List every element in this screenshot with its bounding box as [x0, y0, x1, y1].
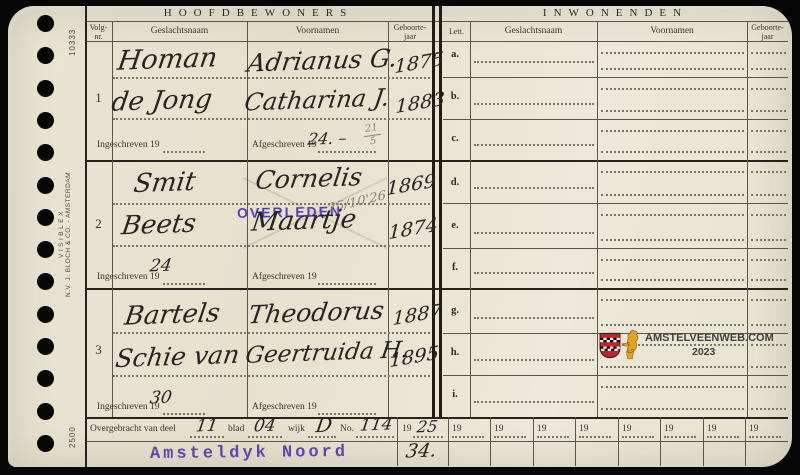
grid-line [443, 375, 788, 376]
grid-line [85, 41, 788, 42]
empty-year-cell-2: 19 [494, 424, 504, 434]
punch-hole [37, 338, 54, 355]
dotted-rule [601, 366, 744, 368]
dotted-rule [601, 214, 744, 216]
dotted-rule [113, 332, 430, 334]
watermark: AMSTELVEENWEB.COM 2023 [597, 327, 757, 365]
col-header-volgnr-line2: nr. [94, 32, 102, 41]
grid-line [85, 288, 788, 290]
dotted-rule [751, 259, 786, 261]
punch-hole [37, 209, 54, 226]
blad-value: 04 [253, 418, 277, 436]
dotted-rule [579, 436, 611, 438]
dotted-rule [664, 436, 696, 438]
grid-line [490, 417, 491, 466]
col-header-geslachtsnaam-right: Geslachtsnaam [470, 26, 597, 36]
stock-number-bottom: 2500 [68, 406, 77, 448]
section-title-inwonenden: INWONENDEN [443, 7, 788, 19]
entry1-person2-surname: de Jong [110, 86, 214, 115]
inwonenden-row-letter-b: b. [445, 91, 465, 102]
grid-line [618, 417, 619, 466]
empty-year-cell-1: 19 [452, 424, 462, 434]
entry1-volgnr: 1 [85, 90, 112, 106]
empty-year-cell-5: 19 [622, 424, 632, 434]
entry2-ingeschreven-label: Ingeschreven 19 [97, 272, 160, 282]
year-cell-prefix: 19 [402, 424, 412, 434]
empty-year-cell-8: 19 [749, 424, 759, 434]
dotted-rule [751, 52, 786, 54]
register-card-scan: 10333 VISIBLEX N.V. J. BLOCH & CO. - AMS… [0, 0, 800, 475]
dotted-rule [601, 299, 744, 301]
dotted-rule [751, 151, 786, 153]
grid-line [112, 21, 113, 417]
dotted-rule [601, 239, 744, 241]
grid-line [703, 417, 704, 466]
inwonenden-row-letter-g: g. [445, 305, 465, 316]
dotted-rule [751, 366, 786, 368]
fraction-denominator: 5 [364, 135, 382, 148]
dotted-rule [751, 299, 786, 301]
punch-hole [37, 241, 54, 258]
dotted-rule [749, 436, 781, 438]
year-cell-value: 25 [416, 419, 439, 436]
col-header-voornamen-right: Voornamen [597, 26, 747, 36]
overgebracht-deel-value: 11 [195, 418, 219, 436]
dotted-rule [163, 283, 205, 285]
section-title-hoofdbewoners: HOOFDBEWONERS [85, 7, 432, 19]
entry2-person1-firstnames: Cornelis [254, 164, 364, 193]
col-header-volgnr-line1: Volg- [90, 23, 108, 32]
entry2-person2-surname: Beets [120, 211, 198, 240]
punch-hole [37, 435, 54, 452]
entry2-volgnr: 2 [85, 216, 112, 232]
empty-year-cell-3: 19 [537, 424, 547, 434]
dotted-rule [318, 151, 376, 153]
dotted-rule [751, 110, 786, 112]
dotted-rule [474, 317, 594, 319]
grid-line [470, 21, 471, 417]
dotted-rule [601, 279, 744, 281]
dotted-rule [163, 151, 205, 153]
printer-imprint-brand: VISIBLEX [58, 150, 65, 318]
inwonenden-row-letter-i: i. [445, 389, 465, 400]
dotted-rule [474, 232, 594, 234]
dotted-rule [113, 77, 430, 79]
dotted-rule [356, 436, 394, 438]
dotted-rule [474, 187, 594, 189]
grid-line [85, 21, 788, 22]
dotted-rule [751, 68, 786, 70]
entry1-person2-firstnames: Catharina J. [243, 85, 391, 114]
grid-line [448, 417, 449, 466]
entry2-person1-surname: Smit [132, 169, 197, 197]
dotted-rule [751, 324, 786, 326]
dotted-rule [751, 408, 786, 410]
dotted-rule [601, 130, 744, 132]
punch-hole [37, 80, 54, 97]
grid-line [443, 77, 788, 78]
dotted-rule [318, 283, 376, 285]
dotted-rule [474, 61, 594, 63]
dotted-rule [601, 110, 744, 112]
empty-year-cell-7: 19 [707, 424, 717, 434]
dotted-rule [751, 171, 786, 173]
entry3-person1-firstnames: Theodorus [247, 298, 386, 328]
grid-line [533, 417, 534, 466]
dotted-rule [601, 194, 744, 196]
dotted-rule [601, 151, 744, 153]
dotted-rule [751, 130, 786, 132]
punch-hole [37, 306, 54, 323]
dotted-rule [622, 436, 654, 438]
dotted-rule [601, 68, 744, 70]
dotted-rule [113, 118, 430, 120]
grid-line [575, 417, 576, 466]
entry3-person2-surname: Schie van [114, 342, 241, 371]
entry3-person1-surname: Bartels [123, 300, 222, 329]
dotted-rule [751, 194, 786, 196]
dotted-rule [601, 52, 744, 54]
second-row-value: 34. [405, 441, 438, 461]
col-header-voornamen-left: Voornamen [247, 26, 388, 36]
grid-line [443, 119, 788, 120]
inwonenden-row-letter-h: h. [445, 347, 465, 358]
col-header-geboortejaar-left: Geboorte- jaar [388, 23, 432, 41]
grid-line [85, 160, 788, 162]
entry1-person1-surname: Homan [116, 44, 219, 74]
lion-icon [618, 327, 640, 360]
entry1-afgeschreven-label: Afgeschreven 19 [252, 140, 317, 150]
col-header-volgnr: Volg- nr. [85, 23, 112, 41]
blad-label: blad [228, 424, 244, 434]
col-header-lett: Lett. [443, 27, 470, 36]
punch-hole [37, 15, 54, 32]
inwonenden-row-letter-a: a. [445, 49, 465, 60]
dotted-rule [601, 88, 744, 90]
printer-imprint: VISIBLEX N.V. J. BLOCH & CO. - AMSTERDAM [58, 150, 72, 318]
col-header-geboortejaar-right: Geboorte- jaar [747, 23, 788, 41]
col-header-geslachtsnaam-left: Geslachtsnaam [112, 26, 247, 36]
inwonenden-row-letter-d: d. [445, 177, 465, 188]
punch-hole [37, 112, 54, 129]
col-header-geboortejaar-left-line2: jaar [404, 32, 416, 41]
entry3-ingeschreven-label: Ingeschreven 19 [97, 402, 160, 412]
entry1-afgeschreven-date-fraction: 21 5 [362, 123, 382, 148]
punch-hole [37, 403, 54, 420]
entry2-person2-firstnames: Maartje [250, 206, 358, 236]
watermark-site: AMSTELVEENWEB.COM [645, 332, 774, 344]
no-label: No. [340, 424, 354, 434]
grid-line [85, 6, 87, 467]
dotted-rule [494, 436, 526, 438]
inwonenden-row-letter-c: c. [445, 133, 465, 144]
stock-number-top: 10333 [68, 10, 77, 56]
grid-line [397, 417, 398, 466]
grid-line [443, 248, 788, 249]
dotted-rule [751, 239, 786, 241]
inwonenden-row-letter-f: f. [445, 262, 465, 273]
empty-year-cell-6: 19 [664, 424, 674, 434]
dotted-rule [452, 436, 484, 438]
dotted-rule [707, 436, 739, 438]
empty-year-cell-4: 19 [579, 424, 589, 434]
grid-line [660, 417, 661, 466]
dotted-rule [601, 259, 744, 261]
dotted-rule [751, 386, 786, 388]
entry1-ingeschreven-label: Ingeschreven 19 [97, 140, 160, 150]
dotted-rule [751, 279, 786, 281]
wijk-value: D [315, 415, 334, 436]
overgebracht-label: Overgebracht van deel [90, 424, 176, 434]
dotted-rule [537, 436, 569, 438]
entry3-afgeschreven-label: Afgeschreven 19 [252, 402, 317, 412]
col-header-geboortejaar-right-line1: Geboorte- [751, 23, 783, 32]
dotted-rule [474, 359, 594, 361]
entry3-person2-firstnames: Geertruida H. [244, 339, 410, 368]
dotted-rule [601, 324, 744, 326]
entry3-volgnr: 3 [85, 342, 112, 358]
wijk-label: wijk [288, 424, 305, 434]
dotted-rule [474, 144, 594, 146]
no-value: 114 [359, 416, 394, 434]
dotted-rule [751, 214, 786, 216]
entry1-person1-firstnames: Adrianus G. [246, 45, 399, 75]
dotted-rule [474, 272, 594, 274]
printer-imprint-company: N.V. J. BLOCH & CO. - AMSTERDAM [65, 150, 72, 318]
dotted-rule [113, 375, 430, 377]
grid-line [443, 203, 788, 204]
punch-hole [37, 177, 54, 194]
dotted-rule [413, 436, 443, 438]
dotted-rule [601, 171, 744, 173]
dotted-rule [751, 88, 786, 90]
grid-line [745, 417, 746, 466]
watermark-year: 2023 [692, 346, 715, 358]
dotted-rule [601, 408, 744, 410]
col-header-geboortejaar-left-line1: Geboorte- [394, 23, 426, 32]
dotted-rule [601, 386, 744, 388]
dotted-rule [163, 413, 205, 415]
dotted-rule [474, 103, 594, 105]
address-stamp: Amsteldyk Noord [150, 443, 348, 464]
entry2-afgeschreven-label: Afgeschreven 19 [252, 272, 317, 282]
col-header-geboortejaar-right-line2: jaar [762, 32, 774, 41]
inwonenden-row-letter-e: e. [445, 220, 465, 231]
dotted-rule [474, 401, 594, 403]
